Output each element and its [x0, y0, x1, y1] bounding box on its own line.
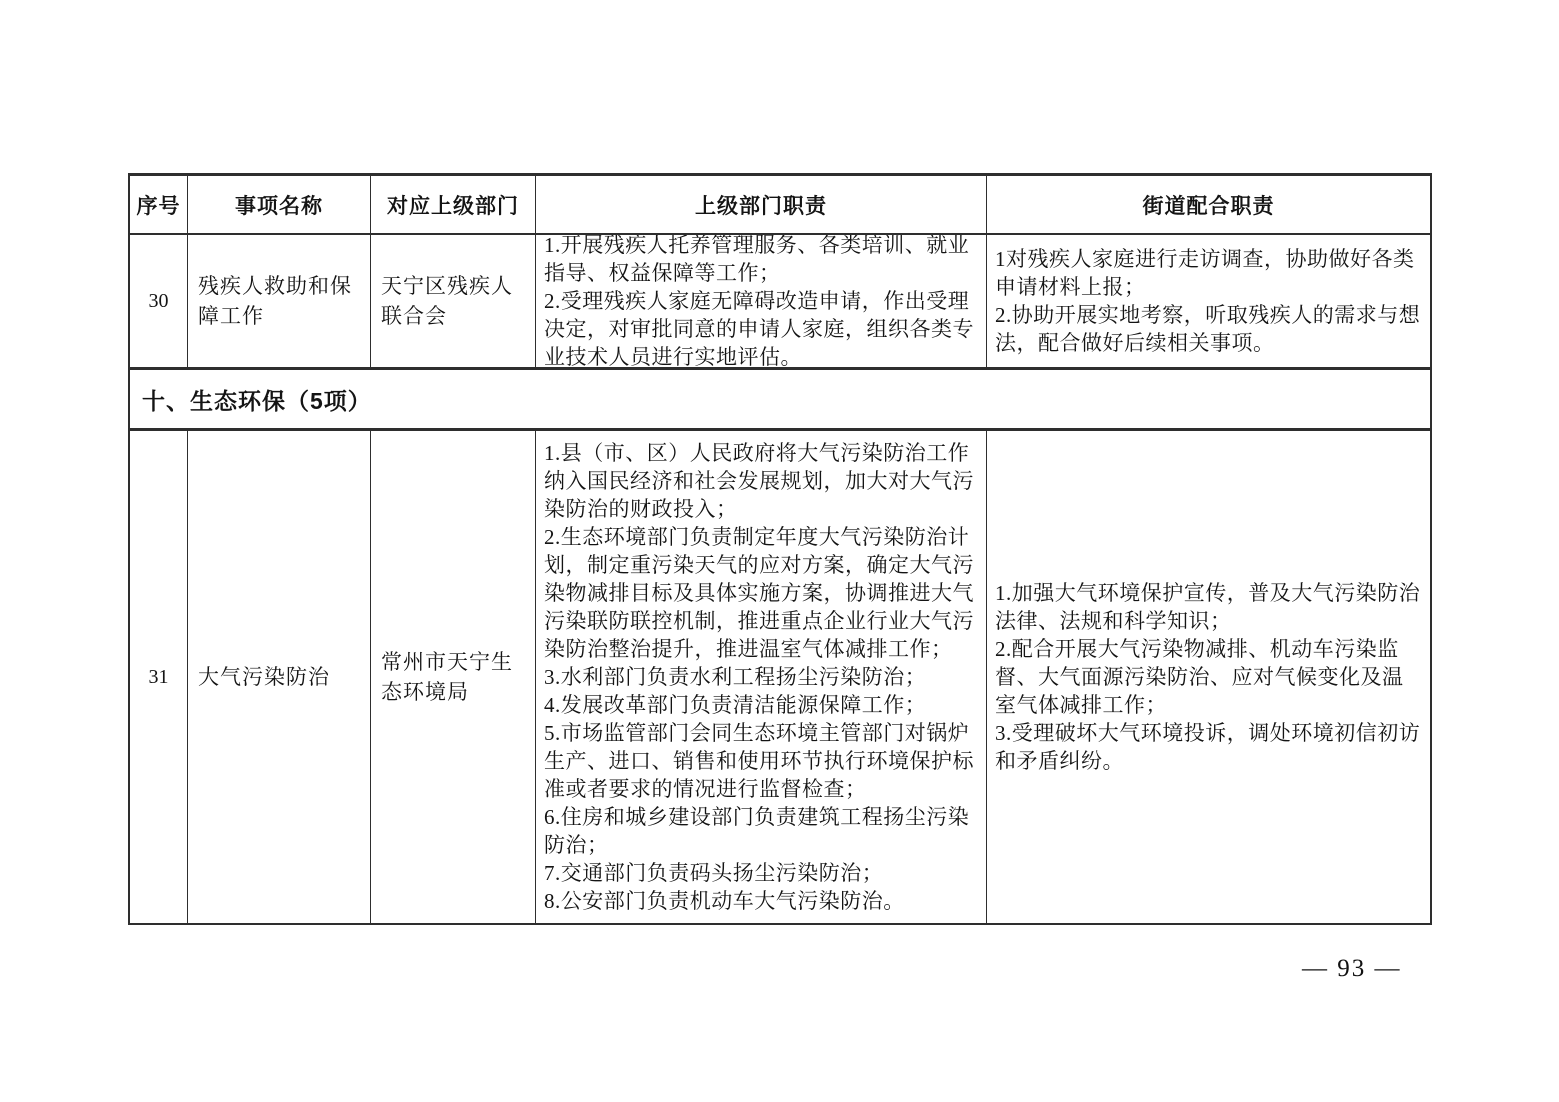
row-superior-department: 天宁区残疾人联合会	[371, 235, 536, 367]
row-street-duties: 1.加强大气环境保护宣传，普及大气污染防治法律、法规和科学知识； 2.配合开展大…	[987, 431, 1430, 923]
page-number: — 93 —	[1302, 955, 1402, 983]
row-superior-duties: 1.开展残疾人托养管理服务、各类培训、就业指导、权益保障等工作； 2.受理残疾人…	[536, 235, 987, 367]
header-street-duties: 街道配合职责	[987, 176, 1430, 233]
section-header-row: 十、生态环保（5项）	[130, 370, 1430, 431]
header-superior-duties: 上级部门职责	[536, 176, 987, 233]
section-title: 十、生态环保（5项）	[130, 370, 1430, 428]
row-superior-duties: 1.县（市、区）人民政府将大气污染防治工作纳入国民经济和社会发展规划，加大对大气…	[536, 431, 987, 923]
duties-table: 序号 事项名称 对应上级部门 上级部门职责 街道配合职责 30 残疾人救助和保障…	[128, 173, 1432, 925]
table-row: 31 大气污染防治 常州市天宁生态环境局 1.县（市、区）人民政府将大气污染防治…	[130, 431, 1430, 923]
row-seq: 31	[130, 431, 188, 923]
row-item-name: 残疾人救助和保障工作	[188, 235, 371, 367]
header-superior-department: 对应上级部门	[371, 176, 536, 233]
row-item-name: 大气污染防治	[188, 431, 371, 923]
header-seq: 序号	[130, 176, 188, 233]
document-page: 序号 事项名称 对应上级部门 上级部门职责 街道配合职责 30 残疾人救助和保障…	[0, 0, 1559, 1102]
row-seq: 30	[130, 235, 188, 367]
table-header-row: 序号 事项名称 对应上级部门 上级部门职责 街道配合职责	[130, 176, 1430, 235]
table-row: 30 残疾人救助和保障工作 天宁区残疾人联合会 1.开展残疾人托养管理服务、各类…	[130, 235, 1430, 370]
header-item-name: 事项名称	[188, 176, 371, 233]
row-superior-department: 常州市天宁生态环境局	[371, 431, 536, 923]
row-street-duties: 1对残疾人家庭进行走访调查，协助做好各类申请材料上报； 2.协助开展实地考察，听…	[987, 235, 1430, 367]
